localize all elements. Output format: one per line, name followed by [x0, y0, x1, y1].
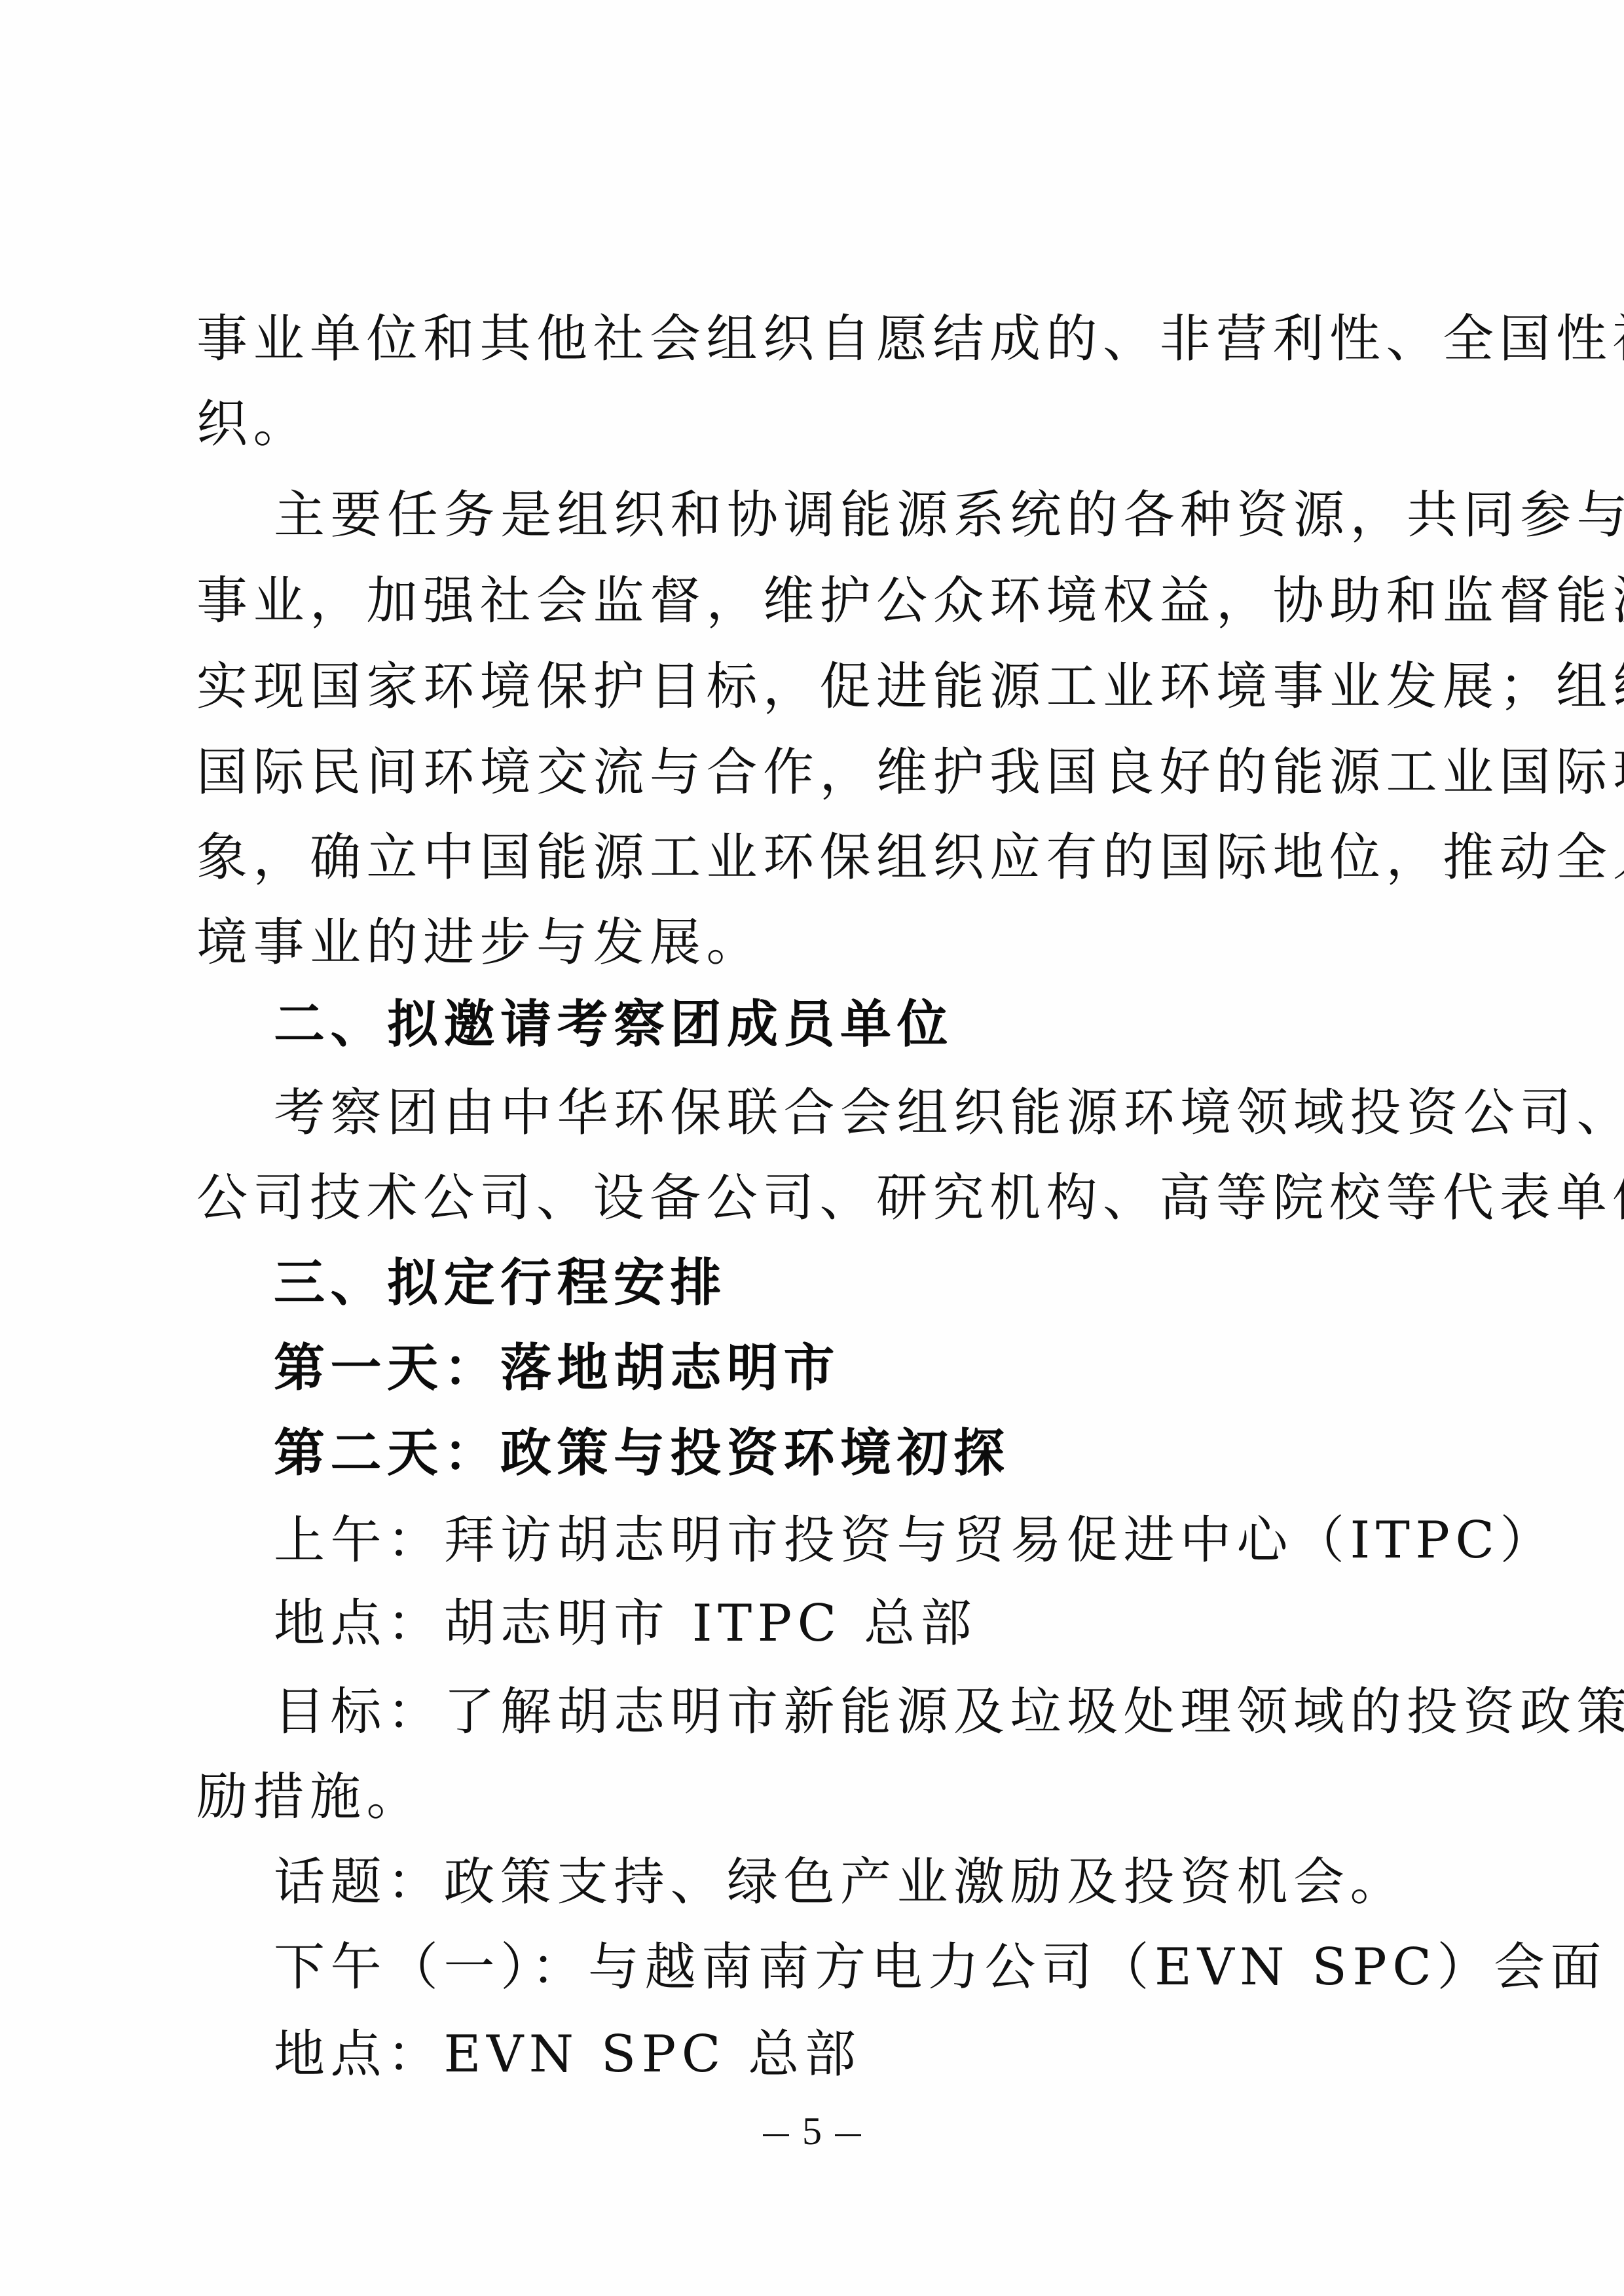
dash-right	[835, 2134, 861, 2136]
paragraph-line: 象，确立中国能源工业环保组织应有的国际地位，推动全人类环	[196, 825, 1428, 890]
paragraph-line: 织。	[196, 392, 1428, 457]
section-heading-invited-members: 二、拟邀请考察团成员单位	[274, 992, 1428, 1057]
document-page: 事业单位和其他社会组织自愿结成的、非营利性、全国性社会组 织。 主要任务是组织和…	[0, 0, 1624, 2296]
paragraph-line: 实现国家环境保护目标，促进能源工业环境事业发展；组织参加	[196, 654, 1428, 720]
day2-heading: 第二天：政策与投资环境初探	[274, 1421, 1428, 1486]
page-number: 5	[802, 2109, 822, 2153]
paragraph-line: 考察团由中华环保联合会组织能源环境领域投资公司、基建	[274, 1080, 1428, 1146]
afternoon-1-title: 下午（一）：与越南南方电力公司（EVN SPC）会面	[274, 1935, 1428, 2000]
morning-location: 地点：胡志明市 ITPC 总部	[274, 1591, 1428, 1656]
afternoon-1-location: 地点：EVN SPC 总部	[274, 2022, 1428, 2087]
paragraph-line: 公司技术公司、设备公司、研究机构、高等院校等代表单位组成。	[196, 1165, 1428, 1231]
paragraph-line: 主要任务是组织和协调能源系统的各种资源，共同参与环境	[274, 483, 1428, 548]
morning-title: 上午：拜访胡志明市投资与贸易促进中心（ITPC）	[274, 1508, 1428, 1573]
section-heading-itinerary: 三、拟定行程安排	[274, 1250, 1428, 1316]
paragraph-line: 事业单位和其他社会组织自愿结成的、非营利性、全国性社会组	[196, 306, 1428, 372]
paragraph-line: 境事业的进步与发展。	[196, 910, 1428, 975]
dash-left	[763, 2134, 789, 2136]
page-number-footer: 5	[0, 2105, 1624, 2157]
morning-goal-line: 励措施。	[196, 1764, 1428, 1830]
paragraph-line: 国际民间环境交流与合作，维护我国良好的能源工业国际环境形	[196, 740, 1428, 805]
day1-heading: 第一天：落地胡志明市	[274, 1336, 1428, 1401]
morning-topic: 话题：政策支持、绿色产业激励及投资机会。	[274, 1850, 1428, 1915]
morning-goal-line: 目标：了解胡志明市新能源及垃圾处理领域的投资政策与激	[274, 1679, 1428, 1745]
paragraph-line: 事业，加强社会监督，维护公众环境权益，协助和监督能源工业	[196, 568, 1428, 634]
